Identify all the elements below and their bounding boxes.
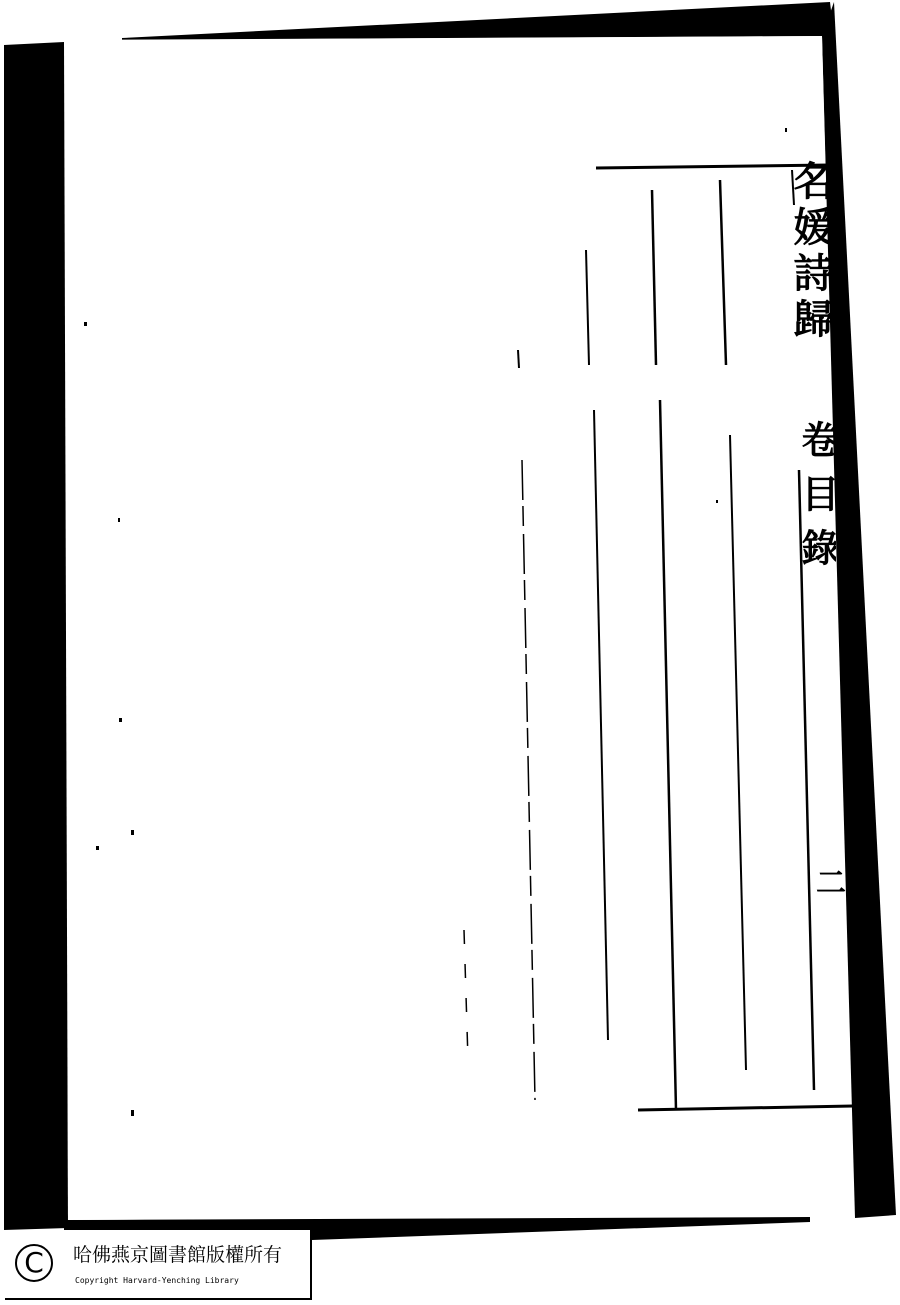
scanned-page	[0, 0, 900, 1305]
copyright-icon: C	[15, 1244, 53, 1282]
copyright-chinese-text: 哈佛燕京圖書館版權所有	[73, 1240, 282, 1267]
chapter-heading-column: 卷目錄	[800, 420, 836, 600]
left-scan-border	[4, 42, 68, 1230]
copyright-stamp: C 哈佛燕京圖書館版權所有 Copyright Harvard-Yenching…	[5, 1230, 312, 1300]
top-scan-border	[122, 2, 834, 40]
folio-numeral: 二	[816, 858, 846, 902]
book-title-column: 名媛詩歸	[790, 160, 830, 380]
copyright-english-text: Copyright Harvard-Yenching Library	[75, 1276, 239, 1285]
